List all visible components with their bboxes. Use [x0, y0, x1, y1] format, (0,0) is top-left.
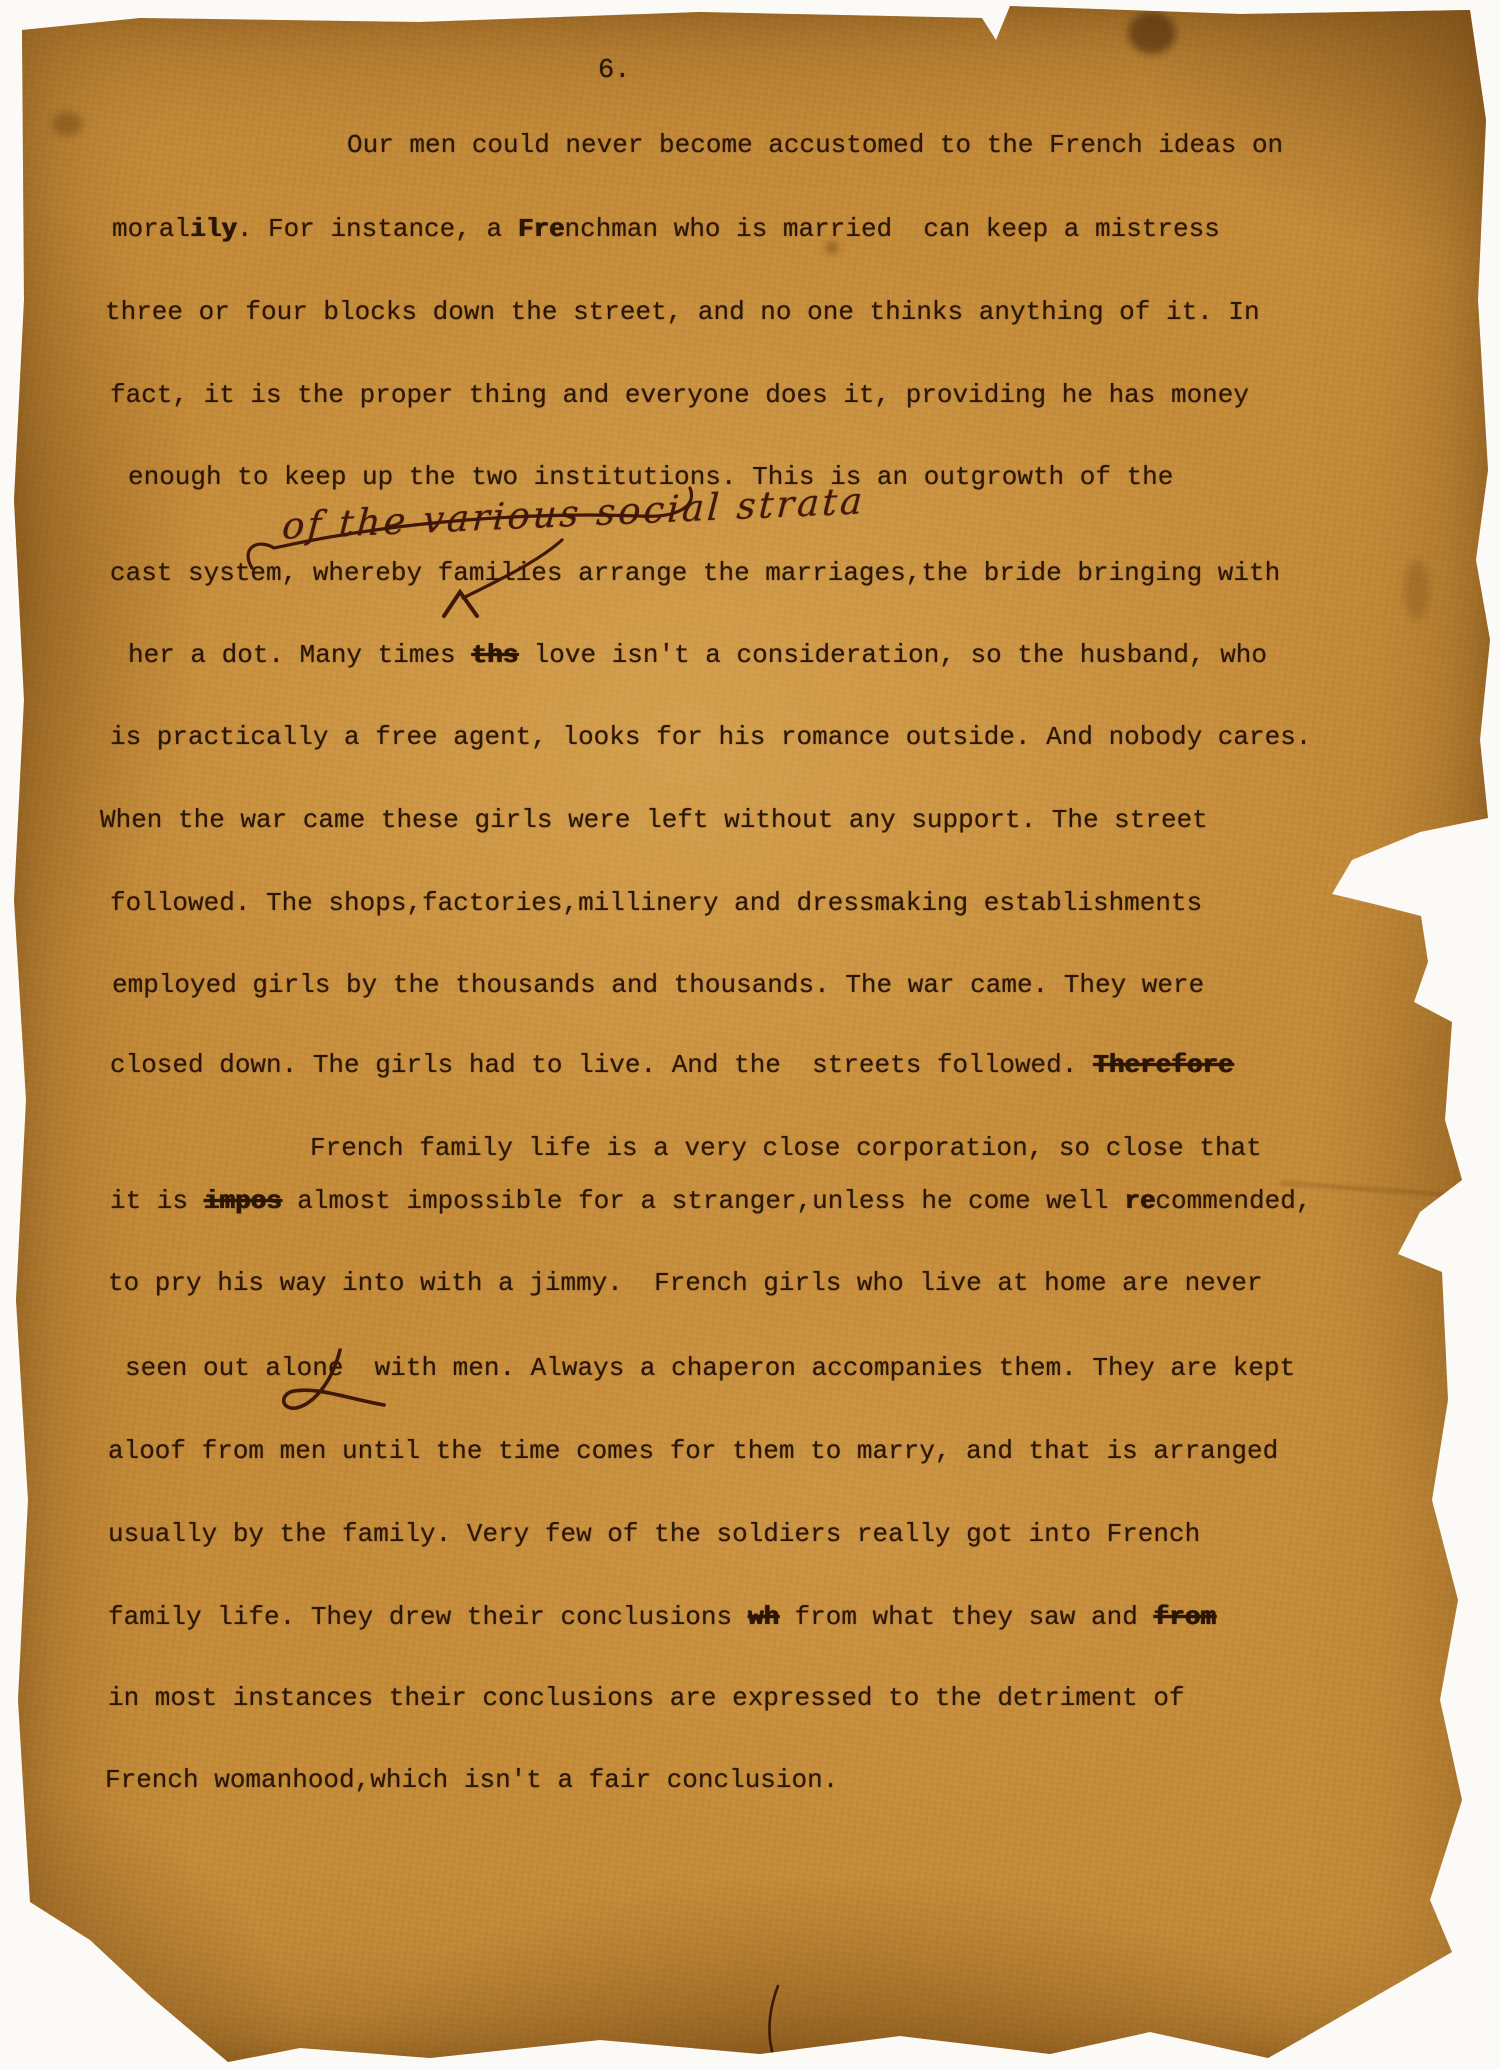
- typed-line: French family life is a very close corpo…: [310, 1131, 1262, 1165]
- typed-segment: commended,: [1155, 1186, 1311, 1216]
- typed-line: her a dot. Many times ths love isn't a c…: [128, 638, 1267, 672]
- typed-segment-struck: impos: [204, 1186, 282, 1216]
- typed-segment: usually by the family. Very few of the s…: [108, 1519, 1200, 1549]
- typed-segment-struck: from: [1153, 1602, 1215, 1632]
- typed-segment-overtype: re: [1124, 1186, 1155, 1216]
- typed-segment-struck: ths: [471, 640, 518, 670]
- typed-line: three or four blocks down the street, an…: [105, 295, 1260, 329]
- typed-line: closed down. The girls had to live. And …: [110, 1048, 1233, 1082]
- typed-line: employed girls by the thousands and thou…: [112, 968, 1204, 1002]
- typed-line: cast system, whereby families arrange th…: [110, 556, 1280, 590]
- typed-segment: is practically a free agent, looks for h…: [110, 722, 1311, 752]
- typed-line: usually by the family. Very few of the s…: [108, 1517, 1200, 1551]
- typed-segment-overtype: ily: [190, 214, 237, 244]
- typed-segment-overtype: Fre: [518, 214, 565, 244]
- typed-line: When the war came these girls were left …: [100, 803, 1208, 837]
- typed-segment-struck: wh: [748, 1602, 779, 1632]
- bottom-pen-mark: [769, 1986, 778, 2064]
- typed-segment: fact, it is the proper thing and everyon…: [110, 380, 1249, 410]
- typed-segment: cast system, whereby families arrange th…: [110, 558, 1280, 588]
- typed-segment: with men. Always a chaperon accompanies …: [375, 1353, 1296, 1383]
- stain: [826, 242, 838, 253]
- typed-segment: her a dot. Many times: [128, 640, 471, 670]
- typed-segment: closed down. The girls had to live. And …: [110, 1050, 1093, 1080]
- page-number: 6.: [598, 56, 630, 86]
- typed-line: followed. The shops,factories,millinery …: [110, 886, 1202, 920]
- typed-line: in most instances their conclusions are …: [108, 1681, 1185, 1715]
- scanned-document: 6. Our men could never become accustomed…: [0, 0, 1500, 2069]
- typed-line: Our men could never become accustomed to…: [347, 128, 1283, 162]
- typed-segment: . For instance, a: [237, 214, 518, 244]
- typed-segment: three or four blocks down the street, an…: [105, 297, 1260, 327]
- typed-segment: [343, 1353, 374, 1383]
- typed-segment: family life. They drew their conclusions: [108, 1602, 748, 1632]
- typed-segment: enough to keep up the two institutions. …: [128, 462, 1173, 492]
- typed-line: it is impos almost impossible for a stra…: [110, 1184, 1311, 1218]
- stain: [1404, 560, 1430, 620]
- typed-segment: moral: [112, 214, 190, 244]
- typed-segment: nchman who is married can keep a mistres…: [565, 214, 1220, 244]
- typed-segment: in most instances their conclusions are …: [108, 1683, 1185, 1713]
- typed-segment: from what they saw and: [779, 1602, 1153, 1632]
- stain: [52, 112, 82, 136]
- typed-line: French womanhood,which isn't a fair conc…: [105, 1763, 838, 1797]
- insertion-caret-mark: [444, 592, 477, 616]
- typed-segment: employed girls by the thousands and thou…: [112, 970, 1204, 1000]
- typed-segment: French womanhood,which isn't a fair conc…: [105, 1765, 838, 1795]
- typed-segment: almost impossible for a stranger,unless …: [282, 1186, 1125, 1216]
- typed-segment: Our men could never become accustomed to…: [347, 130, 1283, 160]
- typed-line: fact, it is the proper thing and everyon…: [110, 378, 1249, 412]
- typed-segment: to pry his way into with a jimmy. French…: [108, 1268, 1263, 1298]
- typed-line: aloof from men until the time comes for …: [108, 1434, 1278, 1468]
- typed-segment: seen out alone: [125, 1353, 343, 1383]
- typed-segment: love isn't a consideration, so the husba…: [518, 640, 1267, 670]
- typed-line: family life. They drew their conclusions…: [108, 1600, 1216, 1634]
- stain: [1128, 12, 1176, 54]
- typed-segment: it is: [110, 1186, 204, 1216]
- typed-line: is practically a free agent, looks for h…: [110, 720, 1311, 754]
- paper-sheet: 6. Our men could never become accustomed…: [0, 0, 1500, 2069]
- typed-segment: aloof from men until the time comes for …: [108, 1436, 1278, 1466]
- typed-line: moralily. For instance, a Frenchman who …: [112, 212, 1220, 246]
- typed-line: seen out alone with men. Always a chaper…: [125, 1351, 1295, 1385]
- typed-segment: followed. The shops,factories,millinery …: [110, 888, 1202, 918]
- typed-segment: When the war came these girls were left …: [100, 805, 1208, 835]
- typed-segment-struck: Therefore: [1093, 1050, 1233, 1080]
- typed-segment: French family life is a very close corpo…: [310, 1133, 1262, 1163]
- typed-line: to pry his way into with a jimmy. French…: [108, 1266, 1263, 1300]
